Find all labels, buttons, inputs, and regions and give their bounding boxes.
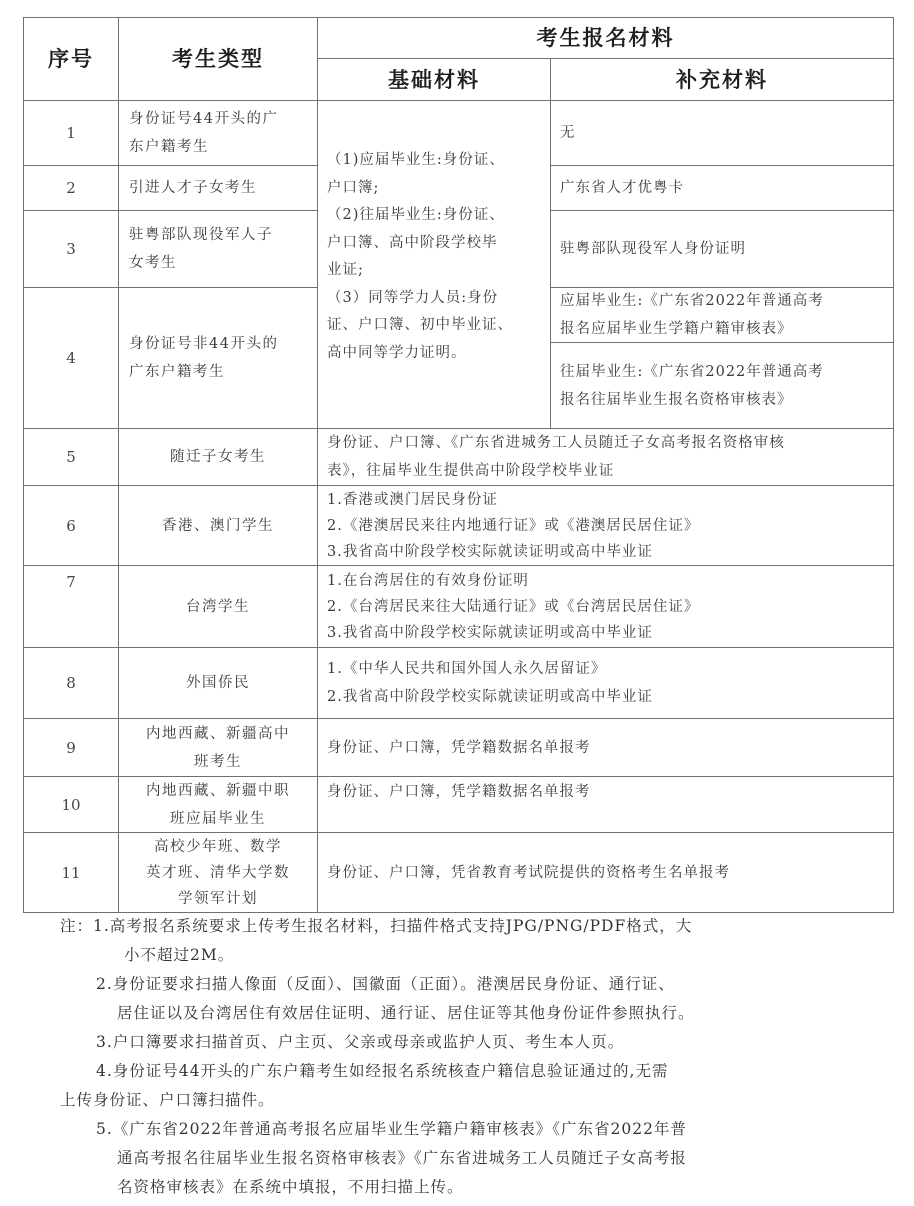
type-line: 内地西藏、新疆中职 [146, 777, 290, 805]
basic-line: （2)往届毕业生:身份证、 [327, 202, 541, 230]
note-1-line-2: 小不超过2M。 [124, 941, 234, 970]
row-number: 11 [61, 859, 80, 887]
note-4-line-1: 4.身份证号44开头的广东户籍考生如经报名系统核查户籍信息验证通过的,无需 [96, 1057, 668, 1086]
material-line: 3.我省高中阶段学校实际就读证明或高中毕业证 [327, 620, 884, 646]
row-number: 3 [66, 235, 76, 263]
row-5-type: 随迁子女考生 [118, 428, 318, 486]
note-1-line-1: 注：1.高考报名系统要求上传考生报名材料，扫描件格式支持JPG/PNG/PDF格… [60, 912, 692, 941]
note-2-line-2: 居住证以及台湾居住有效居住证明、通行证、居住证等其他身份证件参照执行。 [117, 999, 695, 1028]
row-9-type: 内地西藏、新疆高中 班考生 [118, 718, 318, 777]
note-5-line-1: 5.《广东省2022年普通高考报名应届毕业生学籍户籍审核表》《广东省2022年普 [96, 1115, 687, 1144]
type-line: 台湾学生 [186, 593, 250, 621]
basic-line: 户口簿、高中阶段学校毕 [327, 230, 541, 258]
header-basic: 基础材料 [317, 58, 551, 101]
row-3-type: 驻粤部队现役军人子 女考生 [118, 210, 318, 288]
row-11-type: 高校少年班、数学 英才班、清华大学数 学领军计划 [118, 832, 318, 913]
type-line: 身份证号非44开头的 [129, 330, 307, 358]
note-4-line-2: 上传身份证、户口簿扫描件。 [60, 1086, 275, 1115]
header-type: 考生类型 [118, 17, 318, 101]
registration-materials-document: 序号 考生类型 考生报名材料 基础材料 补充材料 1 身份证号44开头的广 东户… [0, 0, 914, 1206]
type-line: 香港、澳门学生 [162, 512, 274, 540]
header-materials-label: 考生报名材料 [537, 24, 675, 52]
row-4-type: 身份证号非44开头的 广东户籍考生 [118, 287, 318, 429]
type-line: 引进人才子女考生 [129, 174, 307, 202]
type-line: 高校少年班、数学 [154, 834, 282, 860]
row-7-no: 7 [23, 565, 119, 648]
row-number: 5 [66, 443, 76, 471]
type-line: 外国侨民 [186, 669, 250, 697]
basic-line: 户口簿; [327, 175, 541, 203]
row-7-materials: 1.在台湾居住的有效身份证明 2.《台湾居民来往大陆通行证》或《台湾居民居住证》… [317, 565, 894, 648]
row-3-no: 3 [23, 210, 119, 288]
material-line: 1.在台湾居住的有效身份证明 [327, 568, 884, 594]
row-9-materials: 身份证、户口簿，凭学籍数据名单报考 [317, 718, 894, 777]
material-line: 身份证、户口簿，凭学籍数据名单报考 [327, 778, 884, 806]
row-2-type: 引进人才子女考生 [118, 165, 318, 211]
supplementary-text: 广东省人才优粤卡 [560, 174, 884, 202]
row-10-type: 内地西藏、新疆中职 班应届毕业生 [118, 776, 318, 833]
material-line: 1.香港或澳门居民身份证 [327, 487, 884, 513]
supplementary-text: 无 [560, 119, 884, 147]
row-number: 6 [66, 512, 76, 540]
material-line: 2.我省高中阶段学校实际就读证明或高中毕业证 [327, 683, 884, 711]
header-materials: 考生报名材料 [317, 17, 894, 59]
type-line: 学领军计划 [178, 886, 258, 912]
row-7-type: 台湾学生 [118, 565, 318, 648]
row-5-materials: 身份证、户口簿、《广东省进城务工人员随迁子女高考报名资格审核 表》，往届毕业生提… [317, 428, 894, 486]
header-type-label: 考生类型 [172, 45, 264, 73]
supplementary-line: 往届毕业生:《广东省2022年普通高考 [560, 358, 884, 386]
row-11-materials: 身份证、户口簿，凭省教育考试院提供的资格考生名单报考 [317, 832, 894, 913]
row-11-no: 11 [23, 832, 119, 913]
note-5-line-3: 名资格审核表》在系统中填报，不用扫描上传。 [117, 1173, 464, 1202]
type-line: 驻粤部队现役军人子 [129, 221, 307, 249]
row-number: 7 [66, 568, 76, 596]
row-number: 10 [61, 791, 80, 819]
row-number: 1 [66, 119, 76, 147]
row-number: 4 [66, 344, 76, 372]
basic-line: （1)应届毕业生:身份证、 [327, 147, 541, 175]
row-3-supplementary: 驻粤部队现役军人身份证明 [550, 210, 894, 288]
row-1-no: 1 [23, 100, 119, 166]
note-3: 3.户口簿要求扫描首页、户主页、父亲或母亲或监护人页、考生本人页。 [96, 1028, 624, 1057]
row-4-supplementary-previous: 往届毕业生:《广东省2022年普通高考 报名往届毕业生报名资格审核表》 [550, 342, 894, 429]
type-line: 女考生 [129, 249, 307, 277]
material-line: 1.《中华人民共和国外国人永久居留证》 [327, 655, 884, 683]
type-line: 英才班、清华大学数 [146, 860, 290, 886]
row-5-no: 5 [23, 428, 119, 486]
row-9-no: 9 [23, 718, 119, 777]
material-line: 身份证、户口簿，凭学籍数据名单报考 [327, 734, 884, 762]
row-number: 8 [66, 669, 76, 697]
supplementary-text: 驻粤部队现役军人身份证明 [560, 235, 884, 263]
type-line: 广东户籍考生 [129, 358, 307, 386]
material-line: 身份证、户口簿、《广东省进城务工人员随迁子女高考报名资格审核 [327, 429, 884, 457]
header-index-label: 序号 [48, 45, 94, 73]
type-line: 随迁子女考生 [170, 443, 266, 471]
supplementary-line: 报名往届毕业生报名资格审核表》 [560, 386, 884, 414]
material-line: 2.《港澳居民来往内地通行证》或《港澳居民居住证》 [327, 513, 884, 539]
basic-line: （3）同等学力人员:身份 [327, 285, 541, 313]
note-5-line-2: 通高考报名往届毕业生报名资格审核表》《广东省进城务工人员随迁子女高考报 [117, 1144, 687, 1173]
row-10-no: 10 [23, 776, 119, 833]
row-8-materials: 1.《中华人民共和国外国人永久居留证》 2.我省高中阶段学校实际就读证明或高中毕… [317, 647, 894, 719]
row-number: 9 [66, 734, 76, 762]
header-index: 序号 [23, 17, 119, 101]
material-line: 身份证、户口簿，凭省教育考试院提供的资格考生名单报考 [327, 859, 884, 887]
row-8-no: 8 [23, 647, 119, 719]
note-2-line-1: 2.身份证要求扫描人像面（反面）、国徽面（正面）。港澳居民身份证、通行证、 [96, 970, 675, 999]
material-line: 3.我省高中阶段学校实际就读证明或高中毕业证 [327, 539, 884, 565]
row-6-no: 6 [23, 485, 119, 566]
type-line: 身份证号44开头的广 [129, 105, 307, 133]
basic-materials-shared: （1)应届毕业生:身份证、 户口簿; （2)往届毕业生:身份证、 户口簿、高中阶… [317, 100, 551, 429]
type-line: 东户籍考生 [129, 133, 307, 161]
type-line: 班考生 [194, 748, 242, 776]
row-6-type: 香港、澳门学生 [118, 485, 318, 566]
row-6-materials: 1.香港或澳门居民身份证 2.《港澳居民来往内地通行证》或《港澳居民居住证》 3… [317, 485, 894, 566]
row-10-materials: 身份证、户口簿，凭学籍数据名单报考 [317, 776, 894, 833]
row-4-no: 4 [23, 287, 119, 429]
basic-line: 业证; [327, 257, 541, 285]
row-2-supplementary: 广东省人才优粤卡 [550, 165, 894, 211]
row-1-type: 身份证号44开头的广 东户籍考生 [118, 100, 318, 166]
row-number: 2 [66, 174, 76, 202]
material-line: 表》，往届毕业生提供高中阶段学校毕业证 [327, 457, 884, 485]
header-supplementary-label: 补充材料 [676, 66, 768, 94]
row-2-no: 2 [23, 165, 119, 211]
row-8-type: 外国侨民 [118, 647, 318, 719]
supplementary-line: 报名应届毕业生学籍户籍审核表》 [560, 315, 884, 343]
type-line: 内地西藏、新疆高中 [146, 720, 290, 748]
basic-line: 证、户口簿、初中毕业证、 [327, 312, 541, 340]
header-supplementary: 补充材料 [550, 58, 894, 101]
type-line: 班应届毕业生 [170, 805, 266, 833]
basic-line: 高中同等学力证明。 [327, 340, 541, 368]
material-line: 2.《台湾居民来往大陆通行证》或《台湾居民居住证》 [327, 594, 884, 620]
row-4-supplementary-current: 应届毕业生:《广东省2022年普通高考 报名应届毕业生学籍户籍审核表》 [550, 287, 894, 343]
supplementary-line: 应届毕业生:《广东省2022年普通高考 [560, 287, 884, 315]
header-basic-label: 基础材料 [388, 66, 480, 94]
row-1-supplementary: 无 [550, 100, 894, 166]
